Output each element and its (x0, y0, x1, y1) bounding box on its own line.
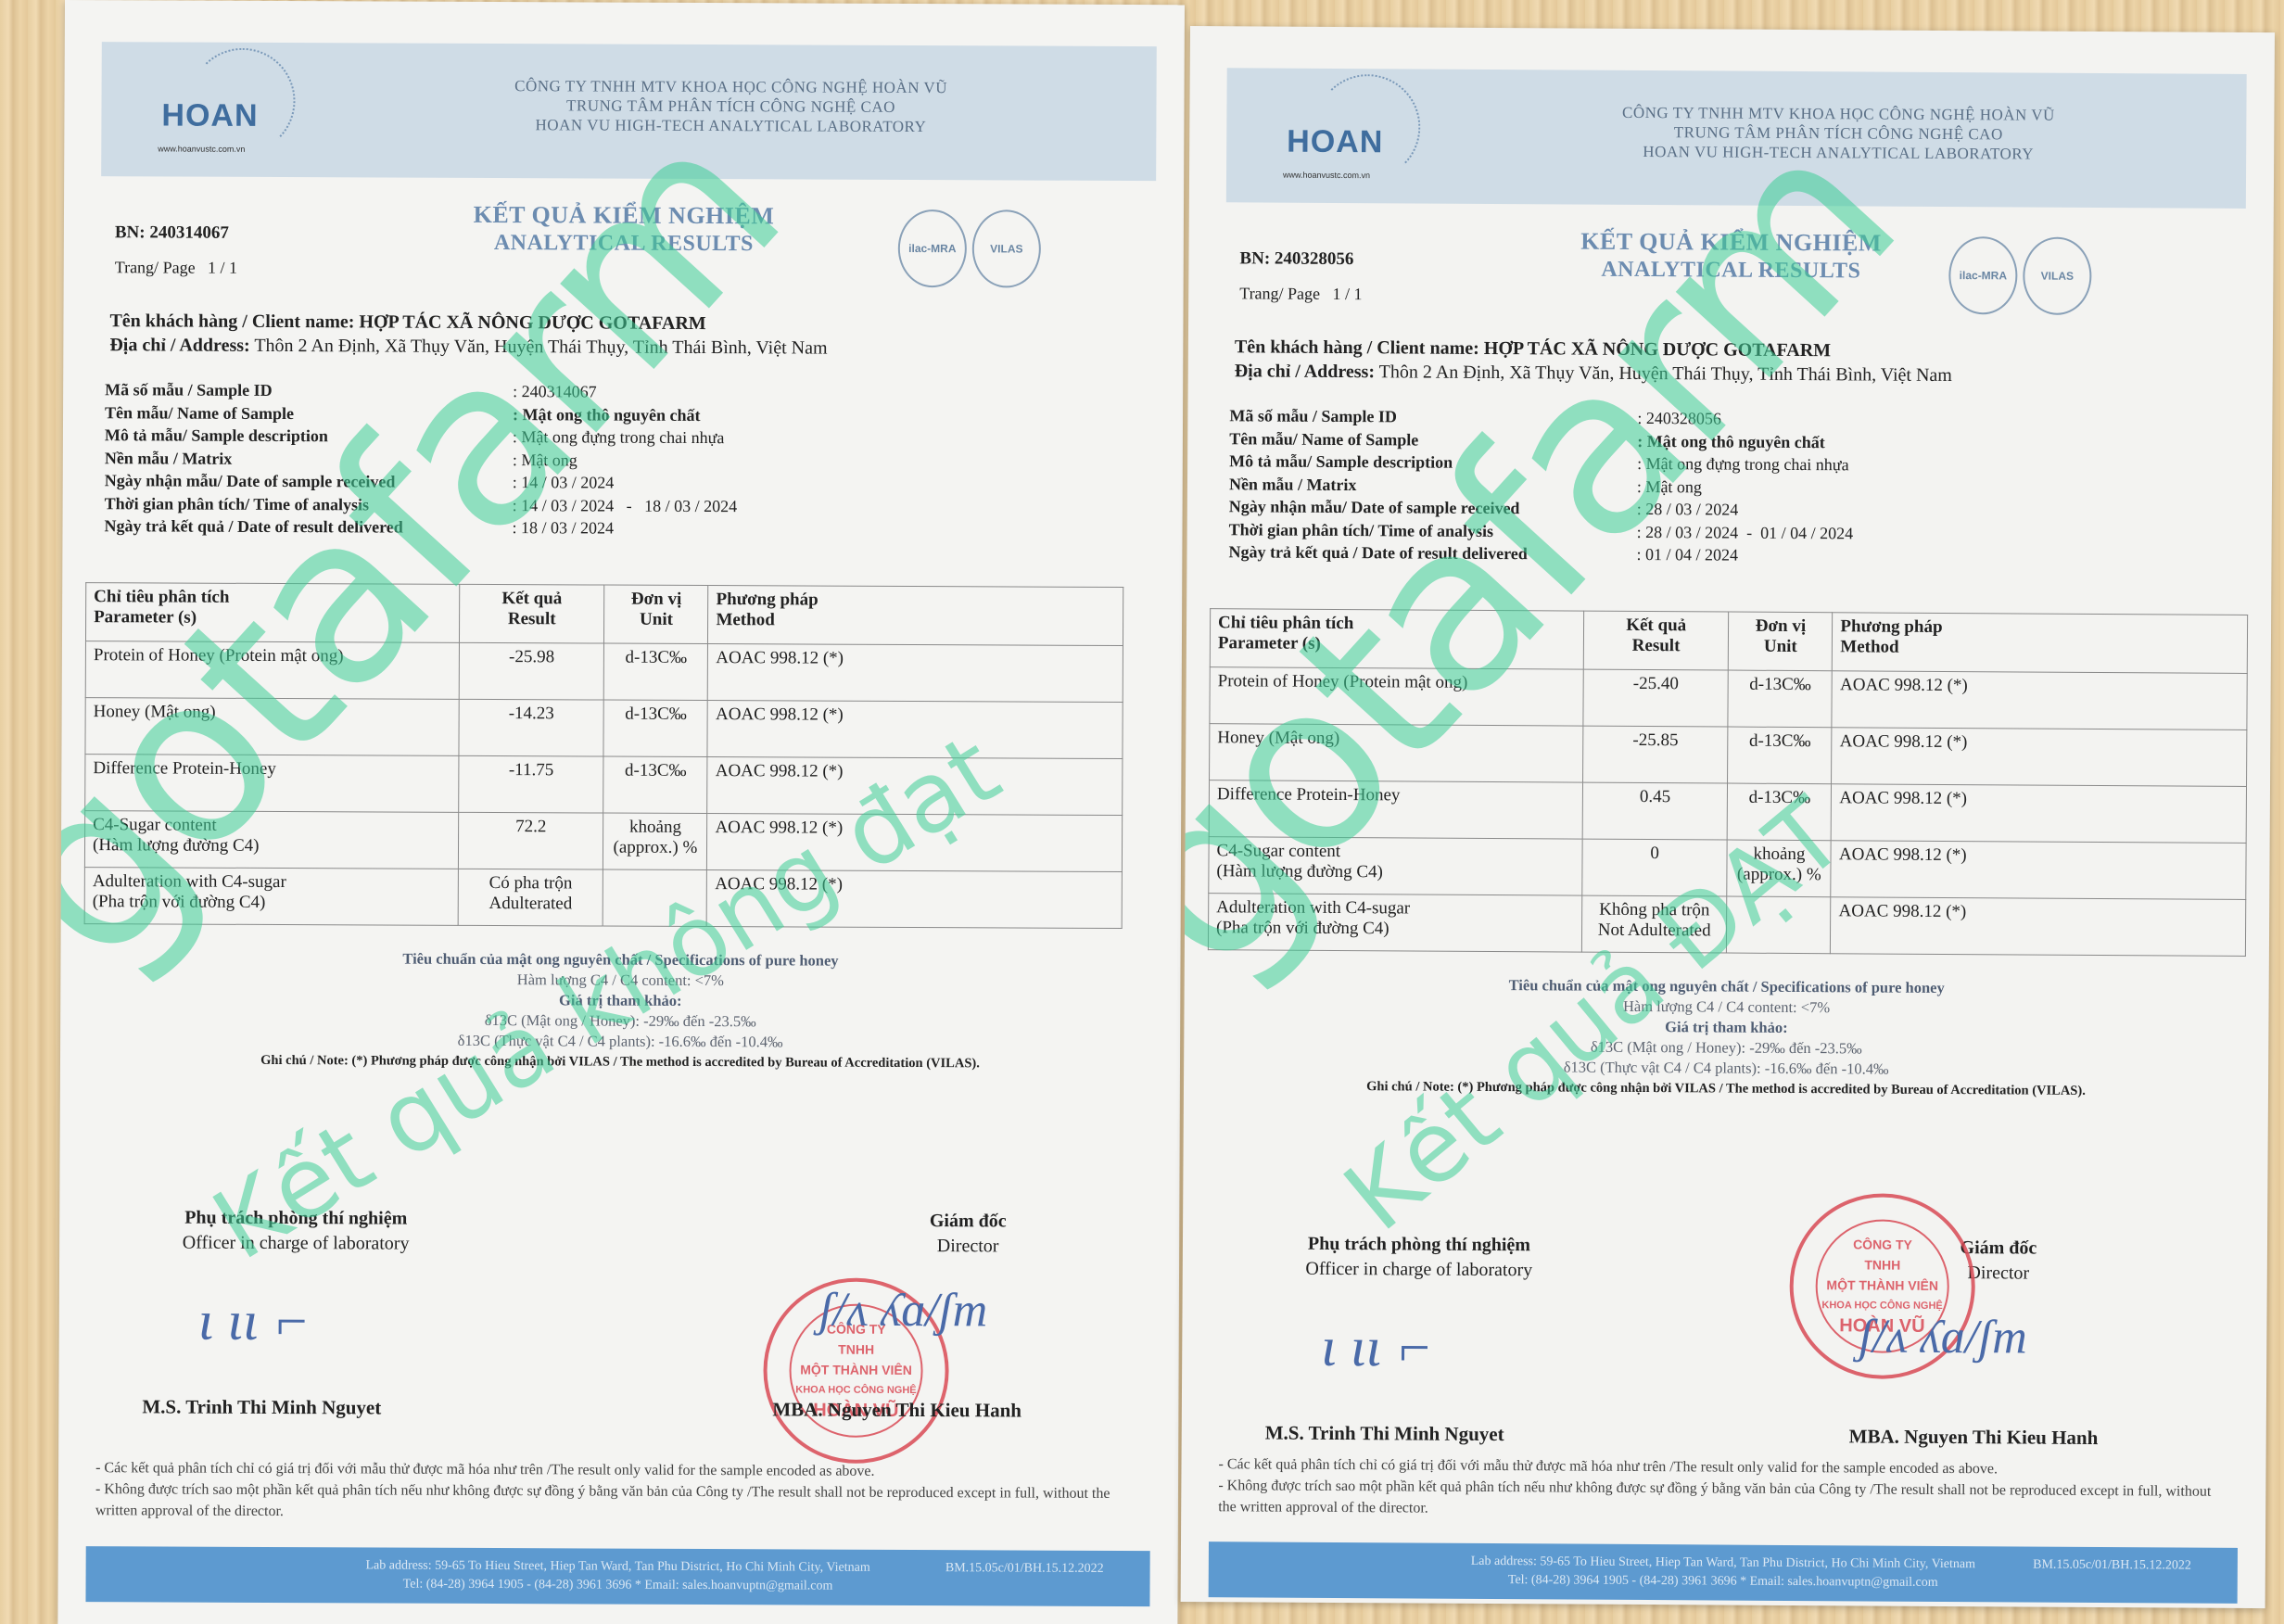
unit-cell: d-13C‰ (1728, 783, 1832, 841)
page-indicator: Trang/ Page 1 / 1 (1239, 284, 1362, 304)
sample-description: : Mật ong đựng trong chai nhựa (1637, 452, 1849, 476)
specifications: Tiêu chuẩn của mật ong nguyên chất / Spe… (60, 947, 1181, 1074)
date-delivered: : 01 / 04 / 2024 (1636, 543, 1738, 566)
date-received: : 28 / 03 / 2024 (1637, 498, 1739, 521)
client-name: HỢP TÁC XÃ NÔNG DƯỢC GOTAFARM (359, 311, 705, 334)
sample-info: Mã số mẫu / Sample ID: 240328056 Tên mẫu… (1228, 404, 1854, 567)
method-cell: AOAC 998.12 (*) (707, 757, 1123, 816)
validity-notes: - Các kết quả phân tích chỉ có giá trị đ… (1218, 1453, 2228, 1524)
officer-name: M.S. Trinh Thi Minh Nguyet (1265, 1422, 1504, 1447)
ilac-mra-seal-icon: ilac-MRA (1948, 236, 2018, 314)
sample-description: : Mật ong đựng trong chai nhựa (513, 425, 725, 449)
client-address: Thôn 2 An Định, Xã Thụy Văn, Huyện Thái … (1379, 362, 1952, 386)
sample-id: : 240328056 (1637, 407, 1721, 430)
parameter-cell: Difference Protein-Honey (1209, 780, 1582, 839)
parameter-cell: Honey (Mật ong) (1210, 724, 1583, 782)
center-name-en: HOAN VU HIGH-TECH ANALYTICAL LABORATORY (1467, 141, 2209, 165)
result-cell: -25.40 (1583, 669, 1729, 727)
logo-website: www.hoanvustc.com.vn (158, 144, 245, 153)
client-name: HỢP TÁC XÃ NÔNG DƯỢC GOTAFARM (1484, 338, 1831, 361)
table-row: Difference Protein-Honey-11.75d-13C‰AOAC… (85, 755, 1123, 816)
table-header-row: Chỉ tiêu phân tíchParameter (s) Kết quảR… (85, 583, 1123, 646)
result-cell: Có pha trộnAdulterated (458, 869, 603, 926)
parameter-cell: Adulteration with C4-sugar(Pha trộn với … (84, 868, 458, 926)
officer-signature-block: Phụ trách phòng thí nghiệm Officer in ch… (1248, 1231, 1591, 1283)
director-signature-icon: ʃ/ʌ ʎɑ/ʃm (819, 1283, 988, 1339)
result-cell: -25.85 (1582, 726, 1728, 783)
sample-id: : 240314067 (513, 380, 597, 403)
letterhead-band: HOAN www.hoanvustc.com.vn CÔNG TY TNHH M… (101, 42, 1157, 181)
parameter-cell: Protein of Honey (Protein mật ong) (1210, 667, 1583, 726)
table-row: Adulteration with C4-sugar(Pha trộn với … (84, 868, 1122, 929)
officer-signature-block: Phụ trách phòng thí nghiệm Officer in ch… (124, 1205, 467, 1257)
table-row: Honey (Mật ong)-25.85d-13C‰AOAC 998.12 (… (1210, 724, 2247, 787)
sample-name: : Mật ong thô nguyên chất (513, 403, 701, 426)
table-row: Protein of Honey (Protein mật ong)-25.40… (1210, 667, 2247, 730)
form-code: BM.15.05c/01/BH.15.12.2022 (2033, 1556, 2191, 1576)
result-cell: -11.75 (459, 755, 604, 813)
bureau-accreditation-seal-icon: VILAS (972, 209, 1041, 287)
unit-cell (603, 869, 707, 926)
ilac-mra-seal-icon: ilac-MRA (898, 209, 967, 287)
unit-cell: d-13C‰ (604, 643, 708, 700)
logo-text: HOAN (1287, 124, 1383, 161)
unit-cell: d-13C‰ (1728, 670, 1832, 728)
batch-number: BN: 240314067 (115, 222, 229, 244)
director-signature-icon: ʃ/ʌ ʎɑ/ʃm (1859, 1309, 2027, 1364)
validity-notes: - Các kết quả phân tích chỉ có giá trị đ… (95, 1457, 1141, 1526)
result-cell: Không pha trộnNot Adulterated (1581, 895, 1727, 953)
table-row: Difference Protein-Honey0.45d-13C‰AOAC 9… (1209, 780, 2246, 844)
officer-signature-icon: ɩ ɩɩ ⌐ (198, 1289, 311, 1354)
footer-band: Lab address: 59-65 To Hieu Street, Hiep … (1209, 1542, 2238, 1604)
unit-cell: d-13C‰ (603, 756, 707, 813)
bureau-accreditation-seal-icon: VILAS (2023, 236, 2092, 314)
table-row: C4-Sugar content(Hàm lượng đường C4)72.2… (84, 811, 1122, 872)
method-cell: AOAC 998.12 (*) (707, 701, 1123, 759)
batch-number: BN: 240328056 (1239, 248, 1353, 270)
result-cell: 72.2 (458, 812, 603, 869)
director-signature-block: Giám đốc Director (838, 1209, 1098, 1260)
client-block: Tên khách hàng / Client name: HỢP TÁC XÃ… (109, 309, 827, 360)
method-cell: AOAC 998.12 (*) (1831, 897, 2246, 957)
director-name: MBA. Nguyen Thi Kieu Hanh (772, 1398, 1021, 1422)
analytical-report-left: HOAN www.hoanvustc.com.vn CÔNG TY TNHH M… (57, 0, 1185, 1624)
result-cell: -25.98 (459, 642, 604, 700)
result-cell: -14.23 (459, 699, 604, 756)
method-cell: AOAC 998.12 (*) (1831, 841, 2246, 900)
time-of-analysis: : 28 / 03 / 2024 - 01 / 04 / 2024 (1637, 520, 1854, 544)
accreditation-note: Ghi chú / Note: (*) Phương pháp được côn… (60, 1049, 1180, 1074)
officer-name: M.S. Trinh Thi Minh Nguyet (142, 1395, 381, 1419)
client-block: Tên khách hàng / Client name: HỢP TÁC XÃ… (1235, 335, 1952, 387)
results-table: Chỉ tiêu phân tíchParameter (s) Kết quảR… (84, 582, 1124, 929)
analytical-report-right: HOAN www.hoanvustc.com.vn CÔNG TY TNHH M… (1181, 26, 2275, 1608)
sample-info: Mã số mẫu / Sample ID: 240314067 Tên mẫu… (104, 378, 737, 539)
method-cell: AOAC 998.12 (*) (707, 870, 1123, 929)
date-received: : 14 / 03 / 2024 (513, 471, 615, 494)
director-name: MBA. Nguyen Thi Kieu Hanh (1849, 1425, 2099, 1450)
parameter-cell: Protein of Honey (Protein mật ong) (85, 641, 459, 700)
form-code: BM.15.05c/01/BH.15.12.2022 (945, 1559, 1104, 1579)
table-row: Protein of Honey (Protein mật ong)-25.98… (85, 641, 1123, 703)
table-row: C4-Sugar content(Hàm lượng đường C4)0kho… (1209, 837, 2246, 900)
parameter-cell: C4-Sugar content(Hàm lượng đường C4) (1209, 837, 1582, 895)
footer-band: Lab address: 59-65 To Hieu Street, Hiep … (85, 1546, 1149, 1606)
logo-text: HOAN (161, 97, 258, 133)
hoan-vu-logo: HOAN www.hoanvustc.com.vn (152, 51, 301, 163)
hoan-vu-logo: HOAN www.hoanvustc.com.vn (1277, 78, 1427, 190)
unit-cell: d-13C‰ (1728, 727, 1832, 784)
sample-matrix: : Mật ong (513, 449, 577, 472)
unit-cell: khoảng(approx.) % (1727, 840, 1831, 897)
table-row: Adulteration with C4-sugar(Pha trộn với … (1208, 894, 2245, 957)
page-indicator: Trang/ Page 1 / 1 (115, 258, 237, 278)
parameter-cell: Adulteration with C4-sugar(Pha trộn với … (1208, 894, 1581, 952)
logo-website: www.hoanvustc.com.vn (1283, 171, 1370, 181)
parameter-cell: C4-Sugar content(Hàm lượng đường C4) (84, 811, 458, 869)
letterhead-band: HOAN www.hoanvustc.com.vn CÔNG TY TNHH M… (1226, 68, 2247, 209)
table-header-row: Chỉ tiêu phân tíchParameter (s) Kết quảR… (1210, 609, 2247, 674)
unit-cell: d-13C‰ (603, 700, 707, 756)
center-name-en: HOAN VU HIGH-TECH ANALYTICAL LABORATORY (342, 114, 1119, 137)
specifications: Tiêu chuẩn của mật ong nguyên chất / Spe… (1184, 973, 2269, 1102)
officer-signature-icon: ɩ ɩɩ ⌐ (1321, 1315, 1433, 1380)
sample-name: : Mật ong thô nguyên chất (1637, 429, 1825, 453)
results-table: Chỉ tiêu phân tíchParameter (s) Kết quảR… (1208, 608, 2248, 957)
parameter-cell: Difference Protein-Honey (85, 755, 459, 813)
method-cell: AOAC 998.12 (*) (1832, 671, 2247, 730)
table-row: Honey (Mật ong)-14.23d-13C‰AOAC 998.12 (… (85, 698, 1123, 759)
unit-cell: khoảng(approx.) % (603, 813, 707, 869)
result-cell: 0.45 (1582, 782, 1728, 840)
sample-matrix: : Mật ong (1637, 475, 1702, 498)
parameter-cell: Honey (Mật ong) (85, 698, 459, 756)
method-cell: AOAC 998.12 (*) (708, 644, 1123, 703)
method-cell: AOAC 998.12 (*) (1832, 728, 2247, 787)
time-of-analysis: : 14 / 03 / 2024 - 18 / 03 / 2024 (513, 494, 738, 518)
date-delivered: : 18 / 03 / 2024 (512, 516, 614, 539)
method-cell: AOAC 998.12 (*) (1832, 784, 2247, 844)
client-address: Thôn 2 An Định, Xã Thụy Văn, Huyện Thái … (254, 336, 827, 359)
method-cell: AOAC 998.12 (*) (707, 814, 1123, 872)
unit-cell (1727, 896, 1831, 954)
result-cell: 0 (1582, 839, 1728, 896)
